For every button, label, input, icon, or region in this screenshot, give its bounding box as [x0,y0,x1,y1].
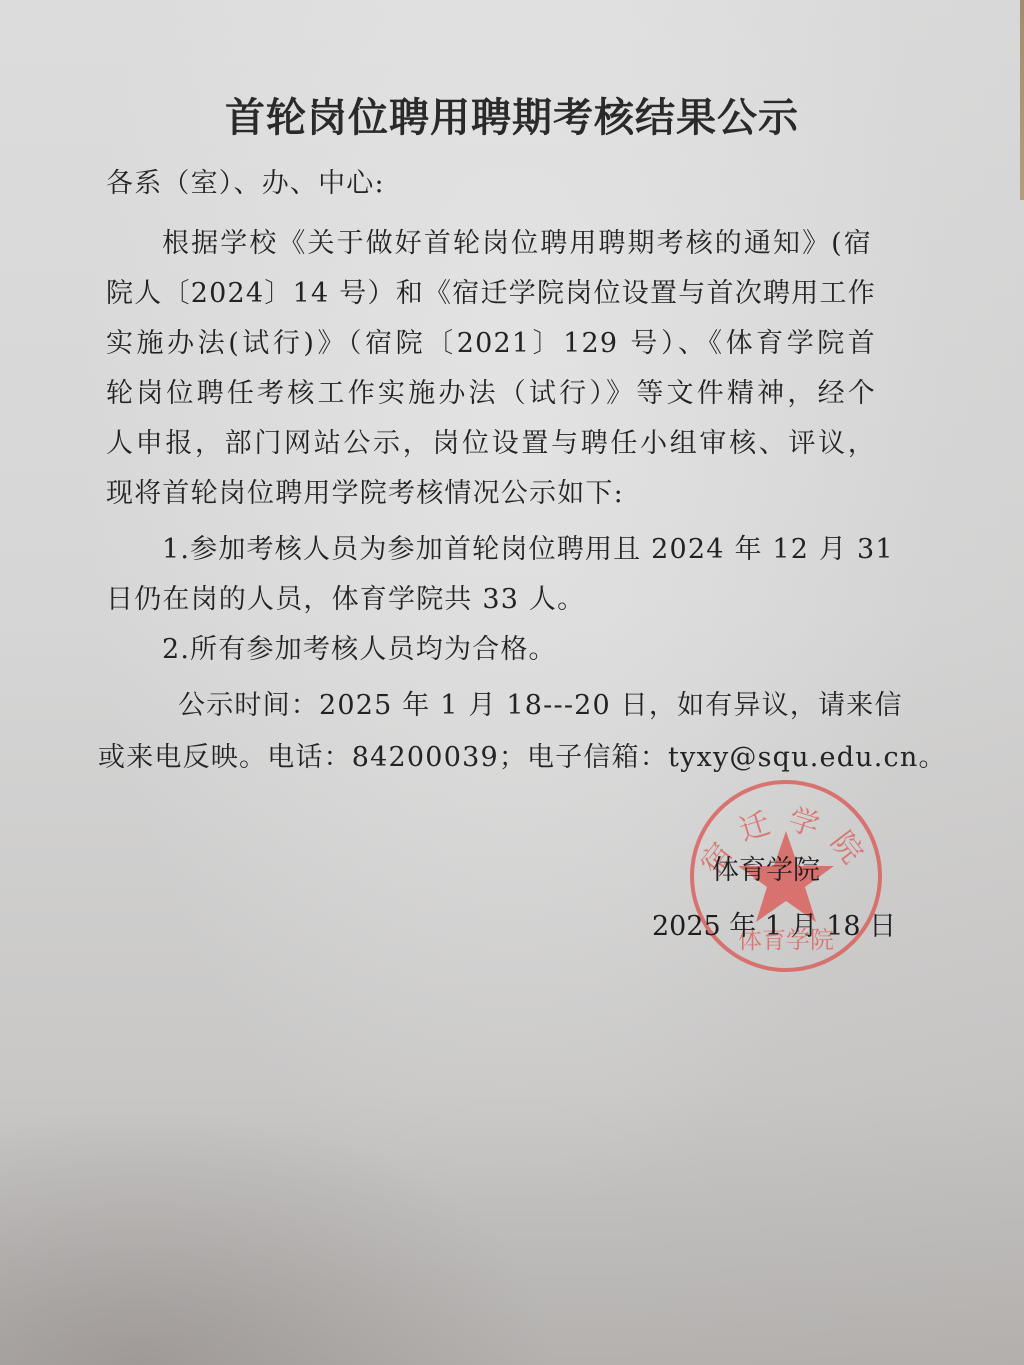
item-2: 2.所有参加考核人员均为合格。 [162,632,932,668]
body-line-3: 实施办法(试行)》（宿院〔2021〕129 号）、《体育学院首 [106,326,876,362]
signature-date: 2025 年 1 月 18 日 [652,904,896,943]
body-line-4: 轮岗位聘任考核工作实施办法（试行）》等文件精神，经个 [106,376,876,412]
document-title: 首轮岗位聘用聘期考核结果公示 [0,86,1024,143]
body-line-1: 根据学校《关于做好首轮岗位聘用聘期考核的通知》(宿 [162,226,872,262]
notice-line-2: 或来电反映。电话：84200039；电子信箱：tyxy@squ.edu.cn。 [98,740,878,776]
signature-org: 体育学院 [712,848,820,887]
body-line-2: 院人〔2024〕14 号）和《宿迁学院岗位设置与首次聘用工作 [106,276,876,312]
paper-background [0,0,1024,1365]
salutation: 各系（室）、办、中心: [106,166,876,202]
photo-shadow [0,1105,560,1365]
body-line-5: 人申报，部门网站公示，岗位设置与聘任小组审核、评议， [106,426,876,462]
item-1-line-2: 日仍在岗的人员，体育学院共 33 人。 [106,582,876,618]
notice-line-1: 公示时间：2025 年 1 月 18---20 日，如有异议，请来信 [178,688,872,724]
item-1-line-1: 1.参加考核人员为参加首轮岗位聘用且 2024 年 12 月 31 [162,532,872,568]
body-line-6: 现将首轮岗位聘用学院考核情况公示如下: [106,476,876,512]
